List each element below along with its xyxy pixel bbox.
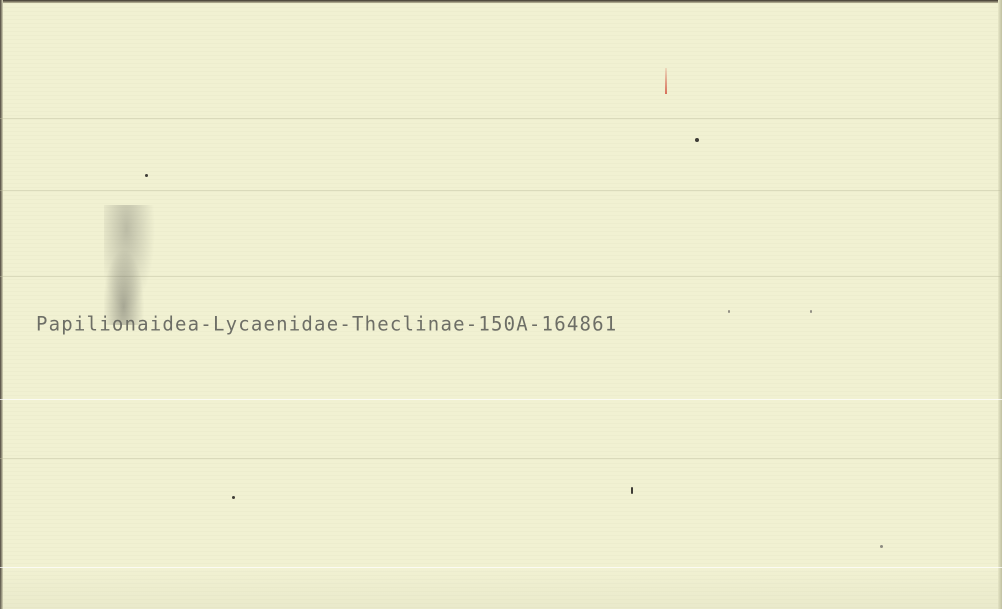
ink-speck [631, 487, 633, 494]
card-bottom-shade [0, 569, 1002, 609]
ink-speck [810, 310, 812, 313]
card-left-edge [0, 0, 3, 609]
index-card: Papilionaidea-Lycaenidae-Theclinae-150A-… [0, 0, 1002, 609]
ruled-line [0, 118, 1002, 119]
ink-speck [232, 496, 235, 499]
red-pencil-mark [665, 68, 667, 94]
ruled-line [0, 567, 1002, 568]
ruled-line [0, 399, 1002, 400]
ink-speck [145, 174, 148, 177]
ink-speck [880, 545, 883, 548]
card-top-edge [0, 0, 1002, 3]
ink-speck [695, 138, 699, 142]
ink-speck [728, 310, 730, 313]
typed-classification-text: Papilionaidea-Lycaenidae-Theclinae-150A-… [36, 312, 617, 335]
ruled-line [0, 190, 1002, 191]
ink-smudge [104, 205, 160, 325]
card-right-edge [998, 0, 1002, 609]
ruled-line [0, 458, 1002, 459]
